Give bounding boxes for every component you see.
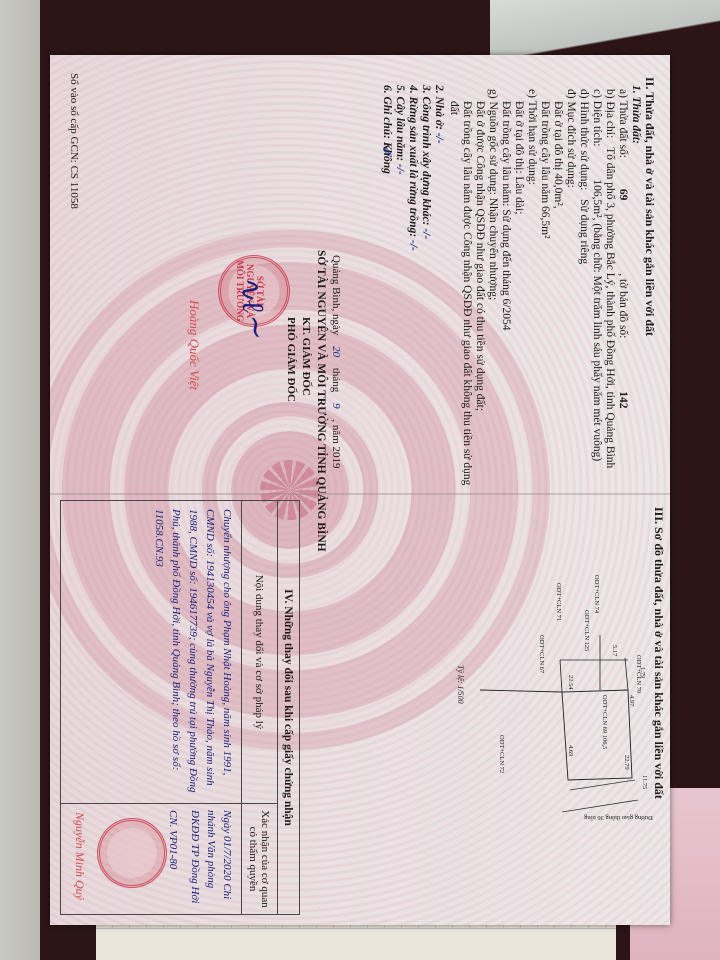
item-forest-label: 4. Rừng sản xuất là rừng trồng: <box>407 85 419 237</box>
changes-column: Nội dung thay đổi và cơ sở pháp lý Chuyể… <box>61 501 277 804</box>
place-date-month: 9 <box>330 403 342 409</box>
parcel-row: a) Thửa đất số: 69 , tờ bản đồ số: 142 <box>616 89 629 409</box>
area-value: 106,5m², (bằng chữ: Một trăm linh sáu ph… <box>591 179 603 461</box>
area-label: c) Diện tích: <box>591 89 603 146</box>
term-line-2: Đất trồng cây lâu năm: Sử dụng đến tháng… <box>499 101 512 330</box>
item-house-value: -/- <box>433 133 445 144</box>
section-ii-title: II. Thửa đất, nhà ở và tài sản khác gắn … <box>643 77 656 336</box>
term-line-1: Đất ở tại đô thị: Lâu dài; <box>512 101 525 214</box>
map-sheet-number: 142 <box>617 391 629 408</box>
change-entry-text: Chuyển nhượng cho ông Phạm Nhật Hoàng, n… <box>144 501 241 803</box>
place-date-year: , năm 2019 <box>330 419 342 468</box>
place-date-place: Quảng Bình, ngày <box>330 255 342 335</box>
register-number-label: Số vào sổ cấp GCN: <box>68 73 80 163</box>
place-date-month-label: tháng <box>330 368 342 392</box>
confirmer-name: Nguyễn Minh Quý <box>72 812 87 900</box>
neighbor-label-5: ODT+CLN 72 <box>498 735 505 773</box>
neighbor-label-6: ODT+CLN 74 <box>593 575 600 613</box>
signer-name: Hoàng Quốc Việt <box>186 300 202 390</box>
certificate-page-wrapper: II. Thửa đất, nhà ở và tài sản khác gắn … <box>50 55 670 925</box>
item-other-construction: 3. Công trình xây dựng khác: -/- <box>419 85 432 239</box>
map-sheet-label: , tờ bản đồ số: <box>617 273 629 338</box>
dimension-3: 22.79 <box>623 755 630 770</box>
neighbor-label-2: ODT+CLN 67 <box>538 635 545 673</box>
dimension-5: 5.17 <box>611 645 618 656</box>
changes-header: Nội dung thay đổi và cơ sở pháp lý <box>241 501 277 803</box>
deputy-director: PHÓ GIÁM ĐỐC <box>285 317 297 402</box>
confirmation-header: Xác nhận của cơ quan có thẩm quyền <box>241 804 277 914</box>
land-heading: 1. Thửa đất: <box>629 85 642 144</box>
confirmation-column: Xác nhận của cơ quan có thẩm quyền Ngày … <box>61 804 277 914</box>
item-perennial-label: 5. Cây lâu năm: <box>394 85 406 161</box>
road-label: Đường giao thông 36 tổng <box>584 814 653 821</box>
item-forest-value: -/- <box>407 240 419 251</box>
item-note: 6. Ghi chú: Không <box>380 85 393 174</box>
neighbor-label-3: ODT+CLN 125 <box>583 610 590 651</box>
item-house: 2. Nhà ở: -/- <box>432 85 445 144</box>
origin-label: g) Nguồn gốc sử dụng: Nhận chuyển nhượng… <box>486 89 499 300</box>
item-note-label: 6. Ghi chú: <box>381 85 393 139</box>
section-iv-title: IV. Những thay đổi sau khi cấp giấy chứn… <box>277 501 299 914</box>
origin-line-1: Đất ở được Công nhận QSDĐ như giao đất c… <box>473 101 486 411</box>
dimension-6: 1.79 <box>639 667 646 678</box>
dimension-7: 11.75 <box>641 775 648 789</box>
section-iv-table: IV. Những thay đổi sau khi cấp giấy chứn… <box>60 500 300 915</box>
dimension-4: 22.54 <box>567 675 574 690</box>
usage-form-value: Sử dụng riêng <box>578 199 590 264</box>
branch-office-seal <box>97 818 167 888</box>
place-date-day: 20 <box>330 346 342 357</box>
dimension-2: 4.69 <box>567 745 574 756</box>
parcel-number: 69 <box>617 189 629 201</box>
item-perennial-value: -/- <box>394 164 406 175</box>
item-house-label: 2. Nhà ở: <box>433 85 445 130</box>
background-window-frame <box>490 0 720 60</box>
neighbor-label-4: ODT+CLN 71 <box>555 583 562 621</box>
parcel-diagram <box>470 630 640 820</box>
address-row: b) Địa chỉ: Tổ dân phố 3, phường Bắc Lý,… <box>603 89 616 468</box>
background-notebook <box>96 928 616 960</box>
place-date: Quảng Bình, ngày 20 tháng 9 , năm 2019 <box>330 255 342 469</box>
parcel-center-label: ODT+CLN 69 106,5 <box>601 695 608 749</box>
item-other-construction-value: -/- <box>420 228 432 239</box>
usage-form-row: d) Hình thức sử dụng: Sử dụng riêng <box>577 89 590 264</box>
term-label: e) Thời hạn sử dụng: <box>525 89 538 185</box>
section-iii-title: III. Sơ đồ thửa đất, nhà ở và tài sản kh… <box>651 507 666 799</box>
confirmation-text: Ngày 01/7/2020 Chi nhánh Văn phòng ĐKĐĐ … <box>181 804 241 914</box>
dimension-1: 4.97 <box>628 695 635 706</box>
page-fold <box>50 493 670 495</box>
kt-director: KT. GIÁM ĐỐC <box>300 317 312 396</box>
register-number: Số vào sổ cấp GCN: CS 11058 <box>68 73 80 209</box>
register-number-value: CS 11058 <box>68 166 80 209</box>
origin-line-2: Đất trồng cây lâu năm được Công nhận QSD… <box>460 101 473 485</box>
section-iv-grid: Nội dung thay đổi và cơ sở pháp lý Chuyể… <box>61 501 277 914</box>
usage-form-label: d) Hình thức sử dụng: <box>578 89 590 190</box>
item-other-construction-label: 3. Công trình xây dựng khác: <box>420 85 432 225</box>
address-label: b) Địa chỉ: <box>604 89 616 138</box>
area-row: c) Diện tích: 106,5m², (bằng chữ: Một tr… <box>590 89 603 461</box>
item-perennial: 5. Cây lâu năm: -/- <box>393 85 406 175</box>
purpose-line-2: Đất trồng cây lâu năm 66,5m² <box>538 101 551 239</box>
certificate-page: II. Thửa đất, nhà ở và tài sản khác gắn … <box>50 55 670 925</box>
purpose-line-1: Đất ở tại đô thị 40,0m², <box>551 101 564 209</box>
address-value: Tổ dân phố 3, phường Bắc Lý, thành phố Đ… <box>604 147 616 468</box>
item-forest: 4. Rừng sản xuất là rừng trồng: -/- <box>406 85 419 251</box>
parcel-label: a) Thửa đất số: <box>617 89 629 158</box>
note-initial-mark: ✐ <box>379 145 392 157</box>
purpose-label: đ) Mục đích sử dụng: <box>564 89 577 188</box>
issuing-agency: SỞ TÀI NGUYÊN VÀ MÔI TRƯỜNG TỈNH QUẢNG B… <box>315 250 327 552</box>
diagram-scale: Tỷ lệ: 1/500 <box>456 665 465 704</box>
origin-line-3: đất <box>447 101 460 115</box>
